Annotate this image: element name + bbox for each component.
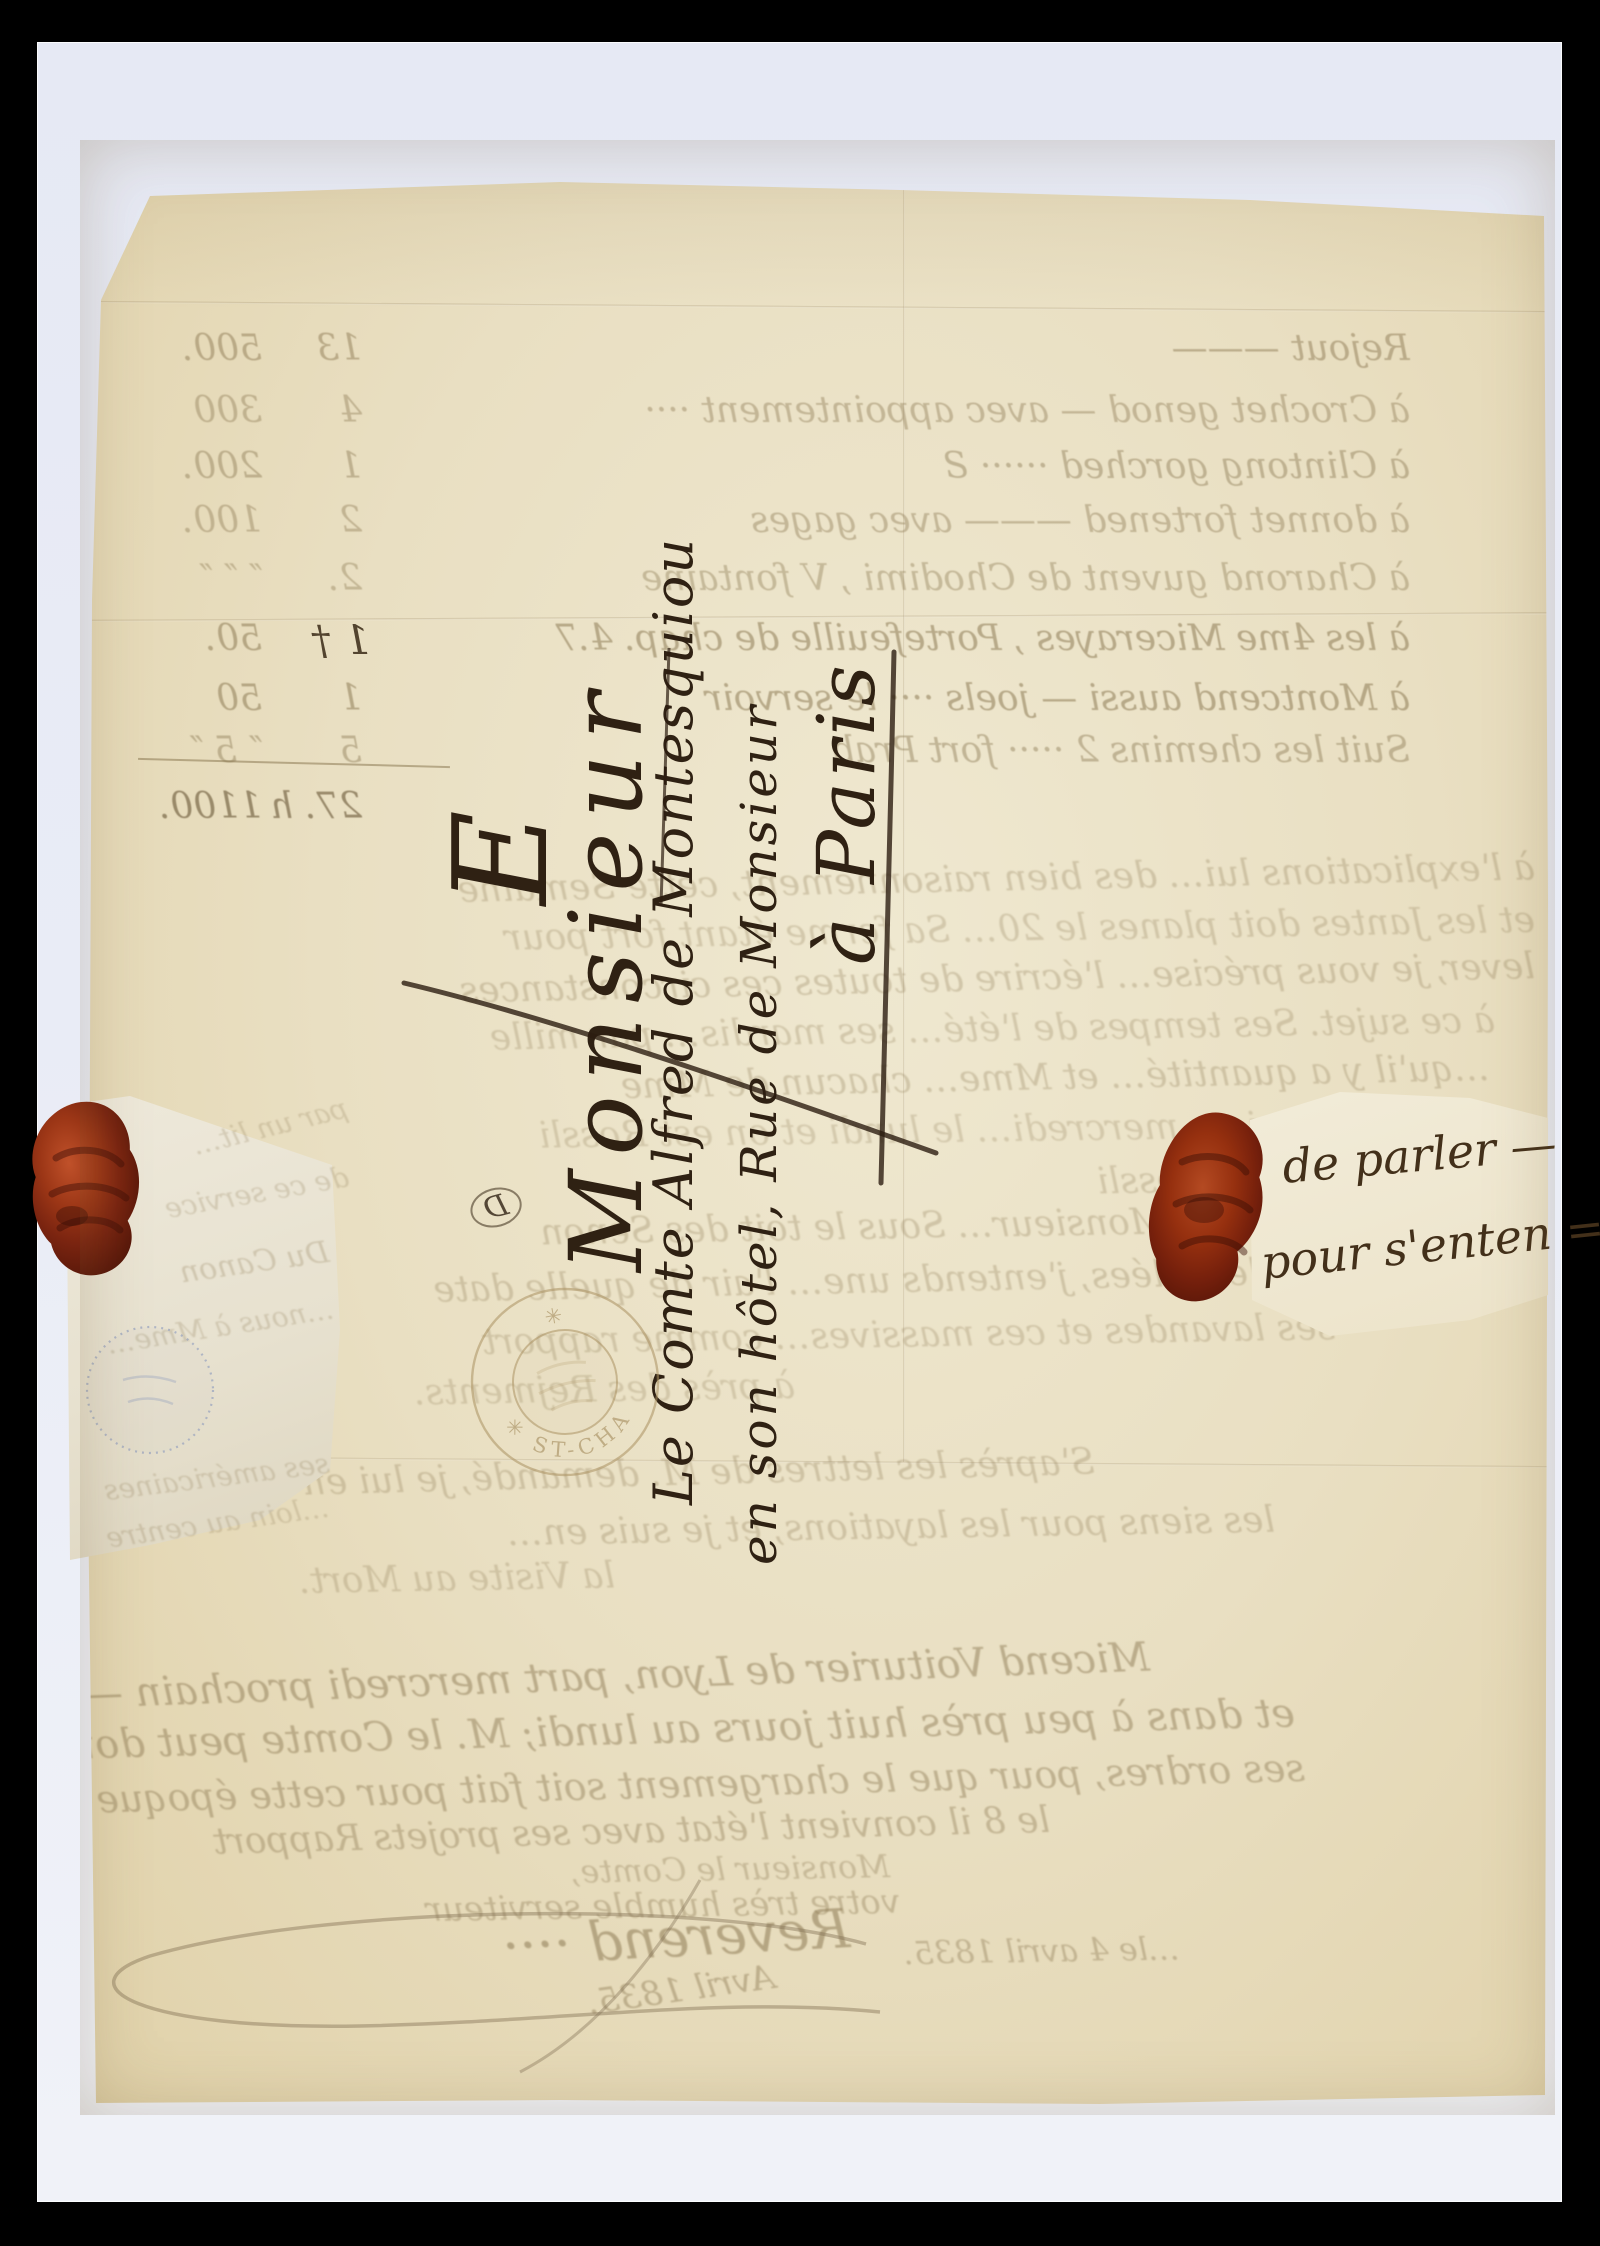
wax-seal-right [1142, 1106, 1272, 1310]
postmark-stamp: ✳ ST-CHA ✳ [455, 1272, 675, 1492]
wax-seal-left [26, 1098, 150, 1282]
scanned-letter-photo: Rejout ———13500. à Crochet genod — avec … [0, 0, 1600, 2246]
svg-text:✳: ✳ [541, 1301, 566, 1330]
postmark-arc-star: ✳ [541, 1301, 566, 1330]
blue-stamp [78, 1320, 223, 1465]
